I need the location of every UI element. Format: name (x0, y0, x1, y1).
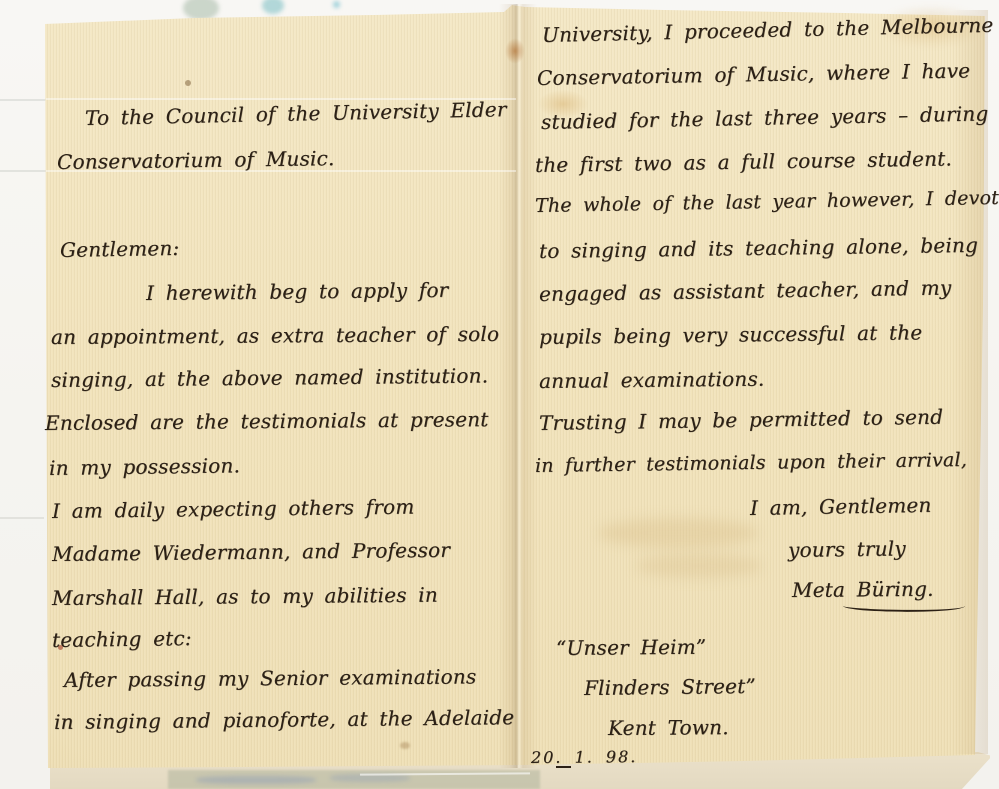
scanner-smudge (262, 0, 284, 14)
handwriting-line: Madame Wiedermann, and Professor (52, 538, 450, 566)
handwriting-line: an appointment, as extra teacher of solo (51, 322, 499, 349)
address-line: Flinders Street” (584, 674, 756, 700)
handwriting-line: teaching etc: (52, 626, 192, 652)
date: 20. 1. 98. (531, 747, 637, 767)
salutation: Gentlemen: (60, 236, 180, 262)
scanned-letter: To the Council of the University Elder C… (0, 0, 999, 789)
closing-line: yours truly (788, 536, 906, 562)
handwriting-line: I herewith beg to apply for (146, 278, 449, 305)
handwriting-line: I am daily expecting others from (52, 495, 415, 523)
handwriting-line: After passing my Senior examinations (64, 664, 477, 692)
scanner-artifact-line (0, 170, 46, 172)
address-line: “Unser Heim” (556, 635, 706, 660)
handwriting-line: Enclosed are the testimonials at present (45, 407, 489, 435)
handwriting-line: annual examinations. (539, 367, 765, 393)
handwriting-line: Marshall Hall, as to my abilities in (52, 583, 438, 610)
show-through-writing (196, 776, 316, 784)
handwriting-line: in singing and pianoforte, at the Adelai… (54, 705, 515, 734)
handwriting-line: singing, at the above named institution. (51, 363, 488, 392)
handwriting-line: in my possession. (49, 453, 240, 480)
scanner-smudge (333, 1, 340, 8)
scanner-artifact-line (0, 99, 46, 101)
closing-line: I am, Gentlemen (750, 493, 932, 520)
date-underline (556, 752, 571, 768)
handwriting-line: Conservatorium of Music. (57, 146, 335, 174)
address-line: Kent Town. (608, 715, 729, 740)
scanner-artifact-line (0, 517, 44, 519)
scanner-smudge (183, 0, 219, 20)
handwriting-line: pupils being very successful at the (539, 320, 923, 349)
